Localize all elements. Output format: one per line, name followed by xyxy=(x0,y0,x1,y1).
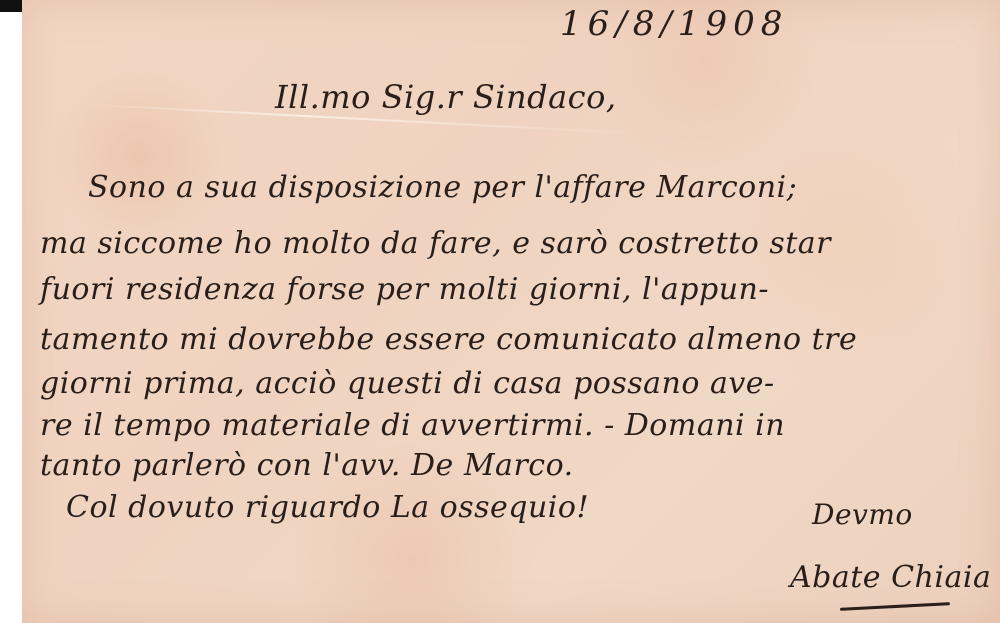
body-line-4: tamento mi dovrebbe essere comunicato al… xyxy=(40,322,857,357)
body-line-6: re il tempo materiale di avvertirmi. - D… xyxy=(40,408,785,443)
signature-name: Abate Chiaia xyxy=(790,560,991,595)
body-line-3: fuori residenza forse per molti giorni, … xyxy=(40,272,769,307)
scan-border-bar xyxy=(0,0,22,12)
body-line-5: giorni prima, acciò questi di casa possa… xyxy=(40,366,775,401)
closing-line: Col dovuto riguardo La ossequio! xyxy=(66,490,589,525)
body-line-2: ma siccome ho molto da fare, e sarò cost… xyxy=(40,226,831,261)
body-line-1: Sono a sua disposizione per l'affare Mar… xyxy=(88,170,797,205)
body-line-7: tanto parlerò con l'avv. De Marco. xyxy=(40,448,574,483)
salutation: Ill.mo Sig.r Sindaco, xyxy=(275,78,617,116)
letter-date: 16/8/1908 xyxy=(560,4,788,44)
signature-valediction: Devmo xyxy=(812,498,913,531)
